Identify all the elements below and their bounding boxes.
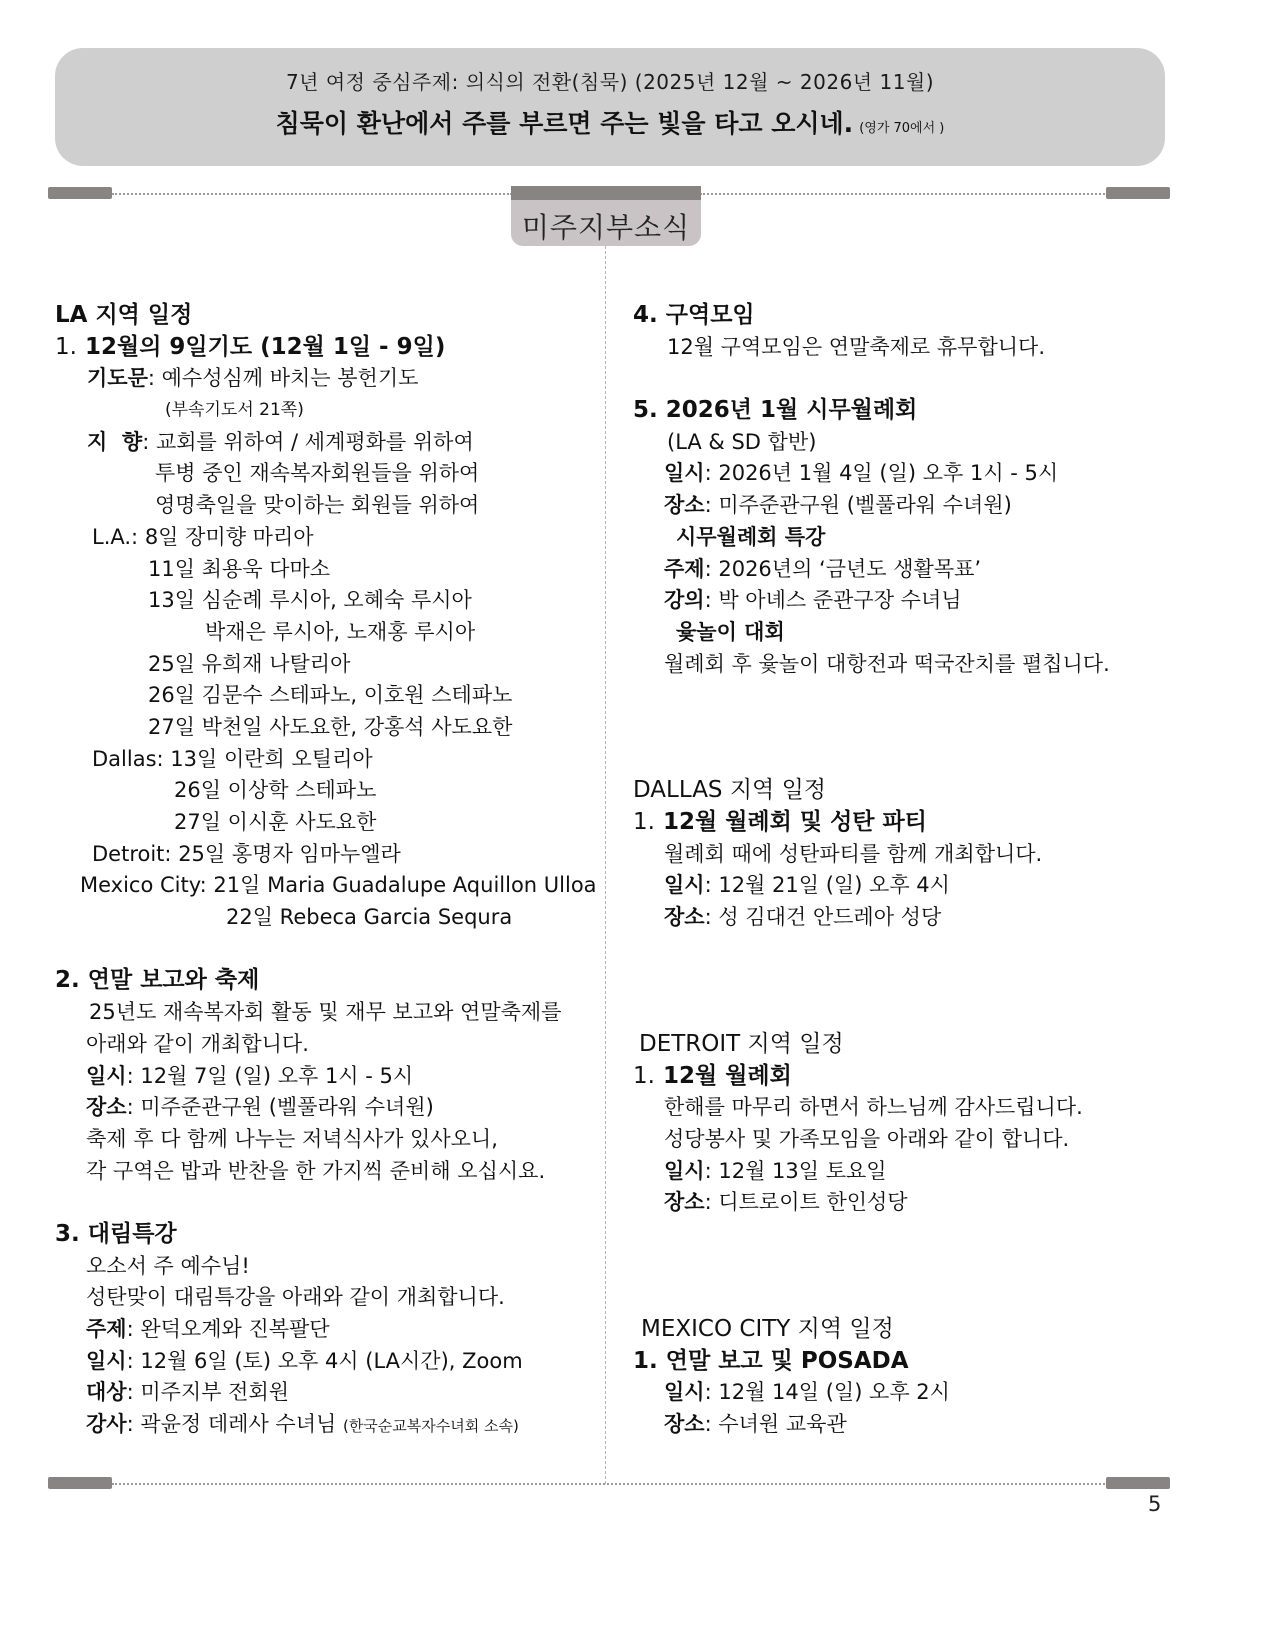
theme-banner: 7년 여정 중심주제: 의식의 전환(침묵) (2025년 12월 ~ 2026…	[55, 48, 1165, 166]
intention-text: 영명축일을 맞이하는 회원들 위하여	[55, 490, 605, 522]
date-label: 일시	[86, 1064, 127, 1088]
spacer	[633, 997, 1193, 1029]
speaker-affiliation: (한국순교복자수녀회 소속)	[343, 1417, 519, 1435]
feast-mexico: Mexico City: 21일 Maria Guadalupe Aquillo…	[55, 870, 605, 902]
item-title: 12월의 9일기도 (12월 1일 - 9일)	[85, 334, 445, 360]
feast-region-label: Dallas	[92, 747, 157, 771]
item-desc: 12월 구역모임은 연말축제로 휴무합니다.	[633, 332, 1193, 364]
place-value: 성 김대건 안드레아 성당	[718, 905, 941, 929]
place-label: 장소	[664, 493, 705, 517]
page-number: 5	[1148, 1492, 1161, 1516]
place-line: 장소: 미주준관구원 (벨풀라워 수녀원)	[55, 1092, 605, 1124]
theme-value: 완덕오계와 진복팔단	[140, 1317, 329, 1341]
place-line: 장소: 디트로이트 한인성당	[633, 1187, 1193, 1219]
feast-entry: 8일 장미향 마리아	[145, 525, 314, 549]
footer-rule-cap-left	[48, 1477, 112, 1489]
item-title: 구역모임	[666, 302, 755, 328]
place-line: 장소: 수녀원 교육관	[633, 1409, 1193, 1441]
item-title: 대림특강	[88, 1221, 177, 1247]
item-number: 2.	[55, 967, 80, 993]
feast-entry: 13일 심순례 루시아, 오혜숙 루시아	[55, 585, 605, 617]
theme-label: 주제	[664, 557, 705, 581]
item-number: 5.	[633, 397, 658, 423]
footer-rule-cap-right	[1106, 1477, 1170, 1489]
audience-label: 대상	[86, 1380, 127, 1404]
feast-region-label: Detroit	[92, 842, 164, 866]
detroit-item-heading: 1. 12월 월례회	[633, 1061, 1193, 1093]
yut-heading: 윷놀이 대회	[633, 617, 1193, 649]
dallas-region-title: DALLAS 지역 일정	[633, 775, 1193, 807]
item-number: 1.	[55, 334, 77, 360]
spacer	[633, 680, 1193, 712]
place-line: 장소: 성 김대건 안드레아 성당	[633, 902, 1193, 934]
date-label: 일시	[86, 1349, 127, 1373]
banner-verse-source: (영가 70에서 )	[859, 121, 944, 136]
feast-entry: 26일 김문수 스테파노, 이호원 스테파노	[55, 680, 605, 712]
intention-label: 지 향	[87, 430, 142, 454]
mexico-item-heading: 1. 연말 보고 및 POSADA	[633, 1346, 1193, 1378]
date-label: 일시	[664, 1159, 705, 1183]
item5-heading: 5. 2026년 1월 시무월례회	[633, 395, 1193, 427]
item-desc: 월례회 때에 성탄파티를 함께 개최합니다.	[633, 839, 1193, 871]
date-line: 일시: 2026년 1월 4일 (일) 오후 1시 - 5시	[633, 458, 1193, 490]
lecture-heading: 시무월례회 특강	[633, 522, 1193, 554]
item-desc: 성당봉사 및 가족모임을 아래와 같이 합니다.	[633, 1124, 1193, 1156]
date-value: 12월 21일 (일) 오후 4시	[718, 873, 950, 897]
column-divider	[605, 246, 606, 1484]
place-value: 수녀원 교육관	[718, 1412, 846, 1436]
spacer	[633, 1219, 1193, 1251]
la-item3-heading: 3. 대림특강	[55, 1219, 605, 1251]
lecturer-line: 강의: 박 아녜스 준관구장 수녀님	[633, 585, 1193, 617]
detroit-region-title: DETROIT 지역 일정	[633, 1029, 1193, 1061]
intention-text: 투병 중인 재속복자회원들을 위하여	[55, 458, 605, 490]
speaker-label: 강사	[86, 1412, 127, 1436]
theme-line: 주제: 완덕오계와 진복팔단	[55, 1314, 605, 1346]
date-value: 12월 14일 (일) 오후 2시	[718, 1380, 950, 1404]
item-title: 연말 보고와 축제	[88, 967, 260, 993]
item-number: 4.	[633, 302, 658, 328]
spacer	[633, 1282, 1193, 1314]
item-title: 12월 월례회	[663, 1063, 792, 1089]
feast-entry: 25일 유희재 나탈리아	[55, 649, 605, 681]
date-label: 일시	[664, 873, 705, 897]
item-number: 1.	[633, 809, 655, 835]
spacer	[633, 744, 1193, 776]
theme-line: 주제: 2026년의 ‘금년도 생활목표’	[633, 554, 1193, 586]
prayer-text: 예수성심께 바치는 봉헌기도	[162, 366, 419, 390]
spacer	[633, 1251, 1193, 1283]
feast-entry: 26일 이상학 스테파노	[55, 775, 605, 807]
prayer-label: 기도문	[87, 366, 148, 390]
speaker-line: 강사: 곽윤정 데레사 수녀님 (한국순교복자수녀회 소속)	[55, 1409, 605, 1441]
feast-entry: 11일 최용욱 다마소	[55, 554, 605, 586]
la-region-title: LA 지역 일정	[55, 300, 605, 332]
item-desc: 25년도 재속복자회 활동 및 재무 보고와 연말축제를	[55, 997, 605, 1029]
item-title: 12월 월례회 및 성탄 파티	[663, 809, 927, 835]
feast-la: L.A.: 8일 장미향 마리아	[55, 522, 605, 554]
item-note: 각 구역은 밥과 반찬을 한 가지씩 준비해 오십시요.	[55, 1156, 605, 1188]
feast-entry: 13일 이란희 오틸리아	[170, 747, 372, 771]
section-tab-bar	[511, 186, 701, 200]
item-sub: (LA & SD 합반)	[633, 427, 1193, 459]
date-line: 일시: 12월 21일 (일) 오후 4시	[633, 870, 1193, 902]
place-value: 디트로이트 한인성당	[718, 1190, 907, 1214]
feast-detroit: Detroit: 25일 홍명자 임마누엘라	[55, 839, 605, 871]
lecturer-label: 강의	[664, 588, 705, 612]
item-note: 축제 후 다 함께 나누는 저녁식사가 있사오니,	[55, 1124, 605, 1156]
item-desc: 아래와 같이 개최합니다.	[55, 1029, 605, 1061]
place-label: 장소	[664, 1190, 705, 1214]
item-number: 1.	[633, 1348, 658, 1374]
date-value: 12월 13일 토요일	[718, 1159, 886, 1183]
item-desc: 오소서 주 예수님!	[55, 1251, 605, 1283]
section-tab: 미주지부소식	[511, 186, 701, 246]
footer-rule	[112, 1483, 1108, 1485]
item4-heading: 4. 구역모임	[633, 300, 1193, 332]
spacer	[55, 934, 605, 966]
spacer	[633, 965, 1193, 997]
place-label: 장소	[664, 905, 705, 929]
date-value: 12월 6일 (토) 오후 4시 (LA시간), Zoom	[140, 1349, 522, 1373]
spacer	[633, 934, 1193, 966]
place-label: 장소	[86, 1095, 127, 1119]
left-column: LA 지역 일정 1. 12월의 9일기도 (12월 1일 - 9일) 기도문:…	[55, 300, 605, 1441]
audience-line: 대상: 미주지부 전회원	[55, 1377, 605, 1409]
header-rule-cap-right	[1106, 187, 1170, 199]
la-item1-heading: 1. 12월의 9일기도 (12월 1일 - 9일)	[55, 332, 605, 364]
dallas-item-heading: 1. 12월 월례회 및 성탄 파티	[633, 807, 1193, 839]
audience-value: 미주지부 전회원	[140, 1380, 289, 1404]
header-rule-left	[112, 193, 512, 195]
spacer	[633, 712, 1193, 744]
date-value: 2026년 1월 4일 (일) 오후 1시 - 5시	[718, 461, 1058, 485]
item-title: 2026년 1월 시무월례회	[666, 397, 918, 423]
speaker-value: 곽윤정 데레사 수녀님	[140, 1412, 336, 1436]
intention-line: 지 향: 교회를 위하여 / 세계평화를 위하여	[55, 427, 605, 459]
feast-region-label: Mexico City	[80, 873, 200, 897]
banner-verse: 침묵이 환난에서 주를 부르면 주는 빛을 타고 오시네.	[276, 109, 854, 138]
place-line: 장소: 미주준관구원 (벨풀라워 수녀원)	[633, 490, 1193, 522]
theme-label: 주제	[86, 1317, 127, 1341]
header-rule-cap-left	[48, 187, 112, 199]
banner-verse-line: 침묵이 환난에서 주를 부르면 주는 빛을 타고 오시네.(영가 70에서 )	[55, 104, 1165, 140]
feast-region-label: L.A.	[92, 525, 131, 549]
place-value: 미주준관구원 (벨풀라워 수녀원)	[718, 493, 1011, 517]
feast-entry: 박재은 루시아, 노재홍 루시아	[55, 617, 605, 649]
la-item2-heading: 2. 연말 보고와 축제	[55, 965, 605, 997]
place-label: 장소	[664, 1412, 705, 1436]
banner-theme-line: 7년 여정 중심주제: 의식의 전환(침묵) (2025년 12월 ~ 2026…	[55, 66, 1165, 95]
spacer	[55, 1187, 605, 1219]
feast-entry: 21일 Maria Guadalupe Aquillon Ulloa	[213, 873, 596, 897]
prayer-ref: (부속기도서 21쪽)	[55, 395, 605, 427]
yut-desc: 월례회 후 윷놀이 대항전과 떡국잔치를 펼칩니다.	[633, 649, 1193, 681]
lecturer-value: 박 아녜스 준관구장 수녀님	[718, 588, 961, 612]
date-value: 12월 7일 (일) 오후 1시 - 5시	[140, 1064, 413, 1088]
item-desc: 성탄맞이 대림특강을 아래와 같이 개최합니다.	[55, 1282, 605, 1314]
date-line: 일시: 12월 6일 (토) 오후 4시 (LA시간), Zoom	[55, 1346, 605, 1378]
item-title: 연말 보고 및 POSADA	[666, 1348, 909, 1374]
prayer-line: 기도문: 예수성심께 바치는 봉헌기도	[55, 363, 605, 395]
header-rule-right	[700, 193, 1108, 195]
date-line: 일시: 12월 7일 (일) 오후 1시 - 5시	[55, 1061, 605, 1093]
intention-text: 교회를 위하여 / 세계평화를 위하여	[156, 430, 474, 454]
date-line: 일시: 12월 14일 (일) 오후 2시	[633, 1377, 1193, 1409]
feast-entry: 22일 Rebeca Garcia Sequra	[55, 902, 605, 934]
date-line: 일시: 12월 13일 토요일	[633, 1156, 1193, 1188]
feast-entry: 25일 홍명자 임마누엘라	[178, 842, 401, 866]
theme-value: 2026년의 ‘금년도 생활목표’	[718, 557, 981, 581]
item-number: 3.	[55, 1221, 80, 1247]
place-value: 미주준관구원 (벨풀라워 수녀원)	[140, 1095, 433, 1119]
item-number: 1.	[633, 1063, 655, 1089]
mexico-region-title: MEXICO CITY 지역 일정	[633, 1314, 1193, 1346]
spacer	[633, 363, 1193, 395]
date-label: 일시	[664, 1380, 705, 1404]
feast-dallas: Dallas: 13일 이란희 오틸리아	[55, 744, 605, 776]
section-title: 미주지부소식	[511, 206, 701, 246]
feast-entry: 27일 이시훈 사도요한	[55, 807, 605, 839]
item-desc: 한해를 마무리 하면서 하느님께 감사드립니다.	[633, 1092, 1193, 1124]
right-column: 4. 구역모임 12월 구역모임은 연말축제로 휴무합니다. 5. 2026년 …	[633, 300, 1193, 1441]
feast-entry: 27일 박천일 사도요한, 강홍석 사도요한	[55, 712, 605, 744]
date-label: 일시	[664, 461, 705, 485]
